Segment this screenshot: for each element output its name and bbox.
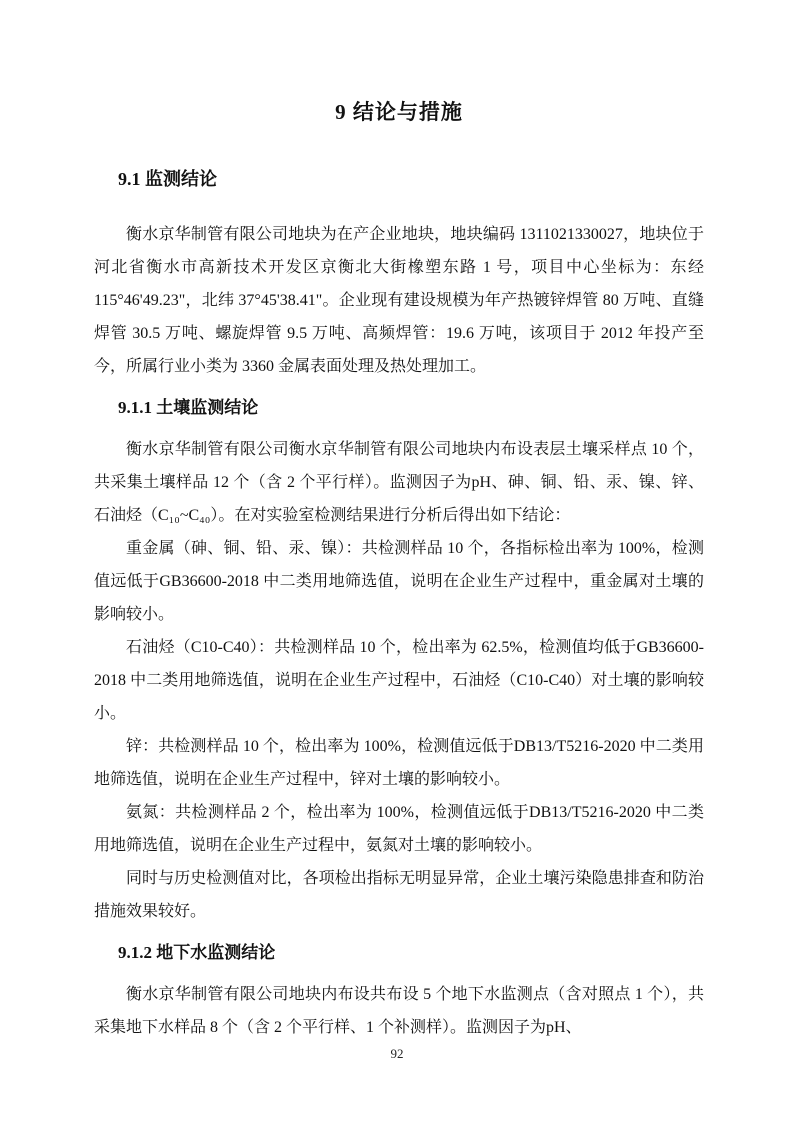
page-number: 92 — [0, 1046, 794, 1062]
section-heading-9-1: 9.1 监测结论 — [94, 166, 704, 192]
document-page: 9 结论与措施 9.1 监测结论 衡水京华制管有限公司地块为在产企业地块，地块编… — [0, 0, 794, 1123]
document-title: 9 结论与措施 — [94, 98, 704, 126]
paragraph-site-overview: 衡水京华制管有限公司地块为在产企业地块，地块编码 1311021330027，地… — [94, 218, 704, 383]
section-heading-9-1-1: 9.1.1 土壤监测结论 — [94, 396, 704, 420]
paragraph-historical-comparison: 同时与历史检测值对比，各项检出指标无明显异常，企业土壤污染隐患排查和防治措施效果… — [94, 862, 704, 928]
paragraph-petroleum-hydrocarbons: 石油烃（C10-C40）：共检测样品 10 个，检出率为 62.5%，检测值均低… — [94, 631, 704, 730]
paragraph-groundwater-sampling: 衡水京华制管有限公司地块内布设共布设 5 个地下水监测点（含对照点 1 个），共… — [94, 978, 704, 1044]
paragraph-zinc: 锌：共检测样品 10 个，检出率为 100%，检测值远低于DB13/T5216-… — [94, 730, 704, 796]
paragraph-soil-sampling: 衡水京华制管有限公司衡水京华制管有限公司地块内布设表层土壤采样点 10 个，共采… — [94, 433, 704, 532]
paragraph-heavy-metals: 重金属（砷、铜、铅、汞、镍）：共检测样品 10 个，各指标检出率为 100%，检… — [94, 532, 704, 631]
section-heading-9-1-2: 9.1.2 地下水监测结论 — [94, 941, 704, 965]
paragraph-ammonia-nitrogen: 氨氮：共检测样品 2 个，检出率为 100%，检测值远低于DB13/T5216-… — [94, 796, 704, 862]
